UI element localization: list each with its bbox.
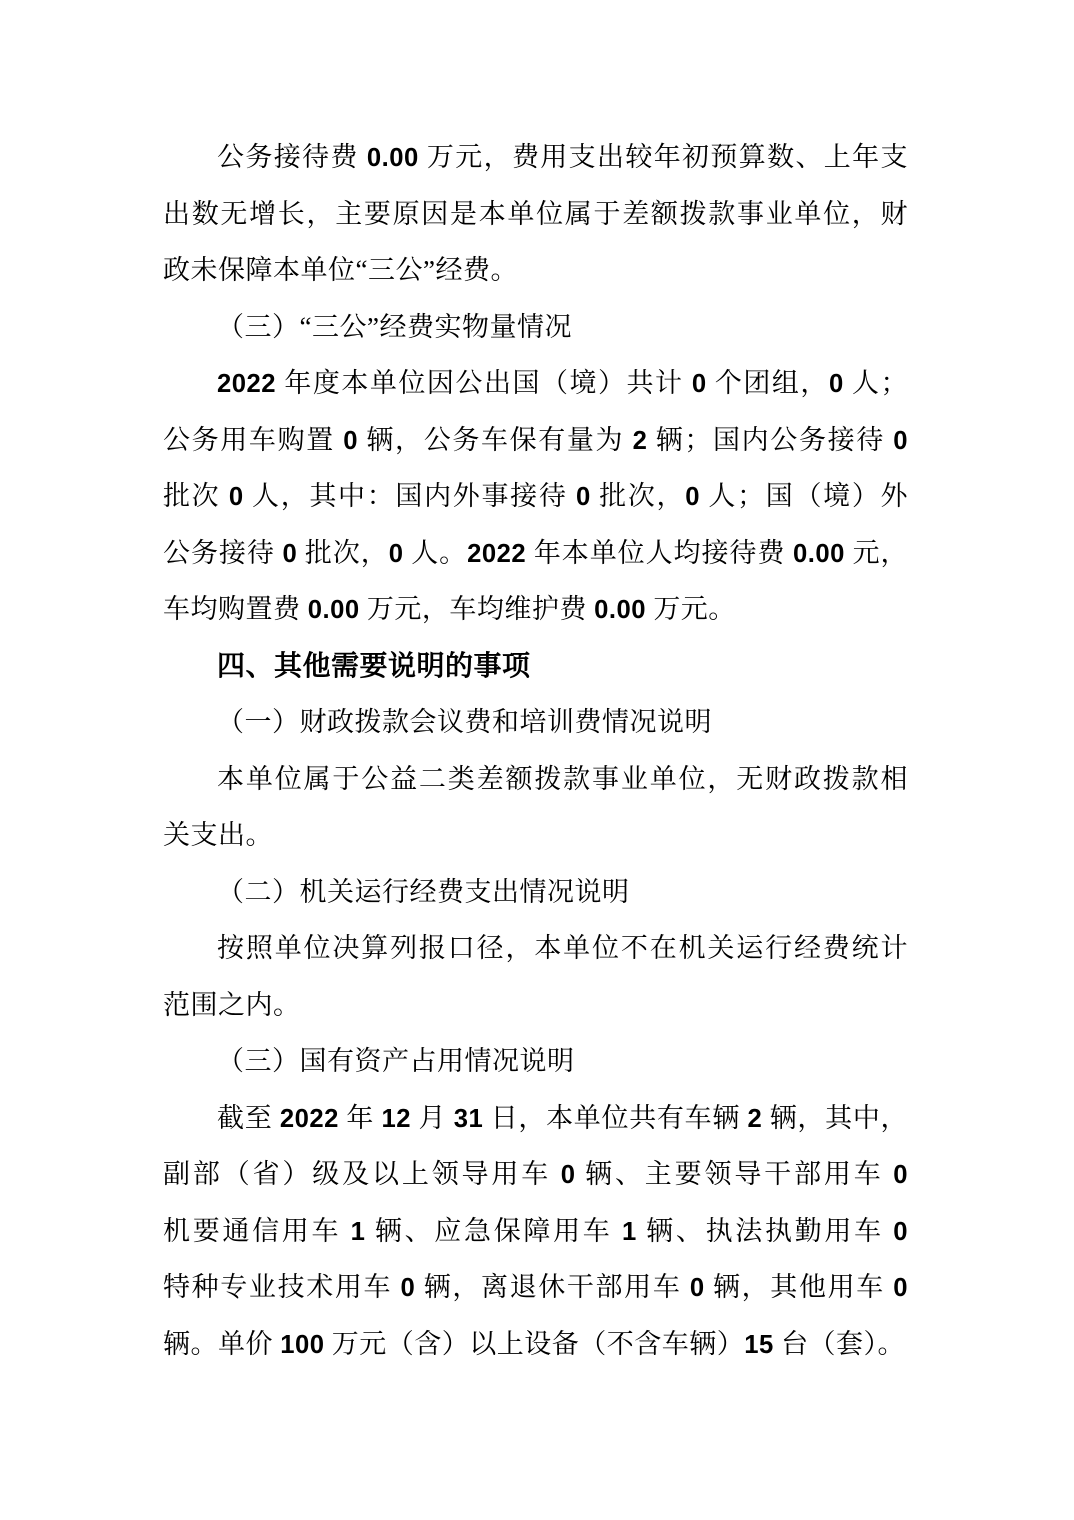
subsection-heading: （二）机关运行经费支出情况说明 bbox=[163, 864, 908, 921]
paragraph-line: 按照单位决算列报口径，本单位不在机关运行经费统计 bbox=[163, 920, 908, 977]
document-page: 公务接待费 0.00 万元，费用支出较年初预算数、上年支 出数无增长，主要原因是… bbox=[0, 0, 1074, 1520]
paragraph-line: 机要通信用车 1 辆、应急保障用车 1 辆、执法执勤用车 0 辆， bbox=[163, 1203, 908, 1260]
subsection-heading: （三）国有资产占用情况说明 bbox=[163, 1033, 908, 1090]
paragraph-line: 公务接待费 0.00 万元，费用支出较年初预算数、上年支 bbox=[163, 129, 908, 186]
paragraph-line: 车均购置费 0.00 万元，车均维护费 0.00 万元。 bbox=[163, 581, 908, 638]
paragraph-line: 公务接待 0 批次，0 人。2022 年本单位人均接待费 0.00 元， bbox=[163, 525, 908, 582]
section-heading: 四、其他需要说明的事项 bbox=[163, 638, 908, 695]
paragraph-line: 出数无增长，主要原因是本单位属于差额拨款事业单位，财 bbox=[163, 186, 908, 243]
paragraph-line: 公务用车购置 0 辆，公务车保有量为 2 辆；国内公务接待 0 bbox=[163, 412, 908, 469]
paragraph-line: 范围之内。 bbox=[163, 977, 908, 1034]
paragraph-line: 2022 年度本单位因公出国（境）共计 0 个团组，0 人； bbox=[163, 355, 908, 412]
paragraph-line: 特种专业技术用车 0 辆，离退休干部用车 0 辆，其他用车 0 bbox=[163, 1259, 908, 1316]
paragraph-line: 政未保障本单位“三公”经费。 bbox=[163, 242, 908, 299]
paragraph-line: 辆。单价 100 万元（含）以上设备（不含车辆）15 台（套）。 bbox=[163, 1316, 908, 1373]
paragraph-line: 关支出。 bbox=[163, 807, 908, 864]
subsection-heading: （三）“三公”经费实物量情况 bbox=[163, 299, 908, 356]
subsection-heading: （一）财政拨款会议费和培训费情况说明 bbox=[163, 694, 908, 751]
paragraph-line: 批次 0 人，其中：国内外事接待 0 批次，0 人；国（境）外 bbox=[163, 468, 908, 525]
paragraph-line: 截至 2022 年 12 月 31 日，本单位共有车辆 2 辆，其中， bbox=[163, 1090, 908, 1147]
document-body: 公务接待费 0.00 万元，费用支出较年初预算数、上年支 出数无增长，主要原因是… bbox=[163, 129, 908, 1372]
paragraph-line: 本单位属于公益二类差额拨款事业单位，无财政拨款相 bbox=[163, 751, 908, 808]
paragraph-line: 副部（省）级及以上领导用车 0 辆、主要领导干部用车 0 辆、 bbox=[163, 1146, 908, 1203]
